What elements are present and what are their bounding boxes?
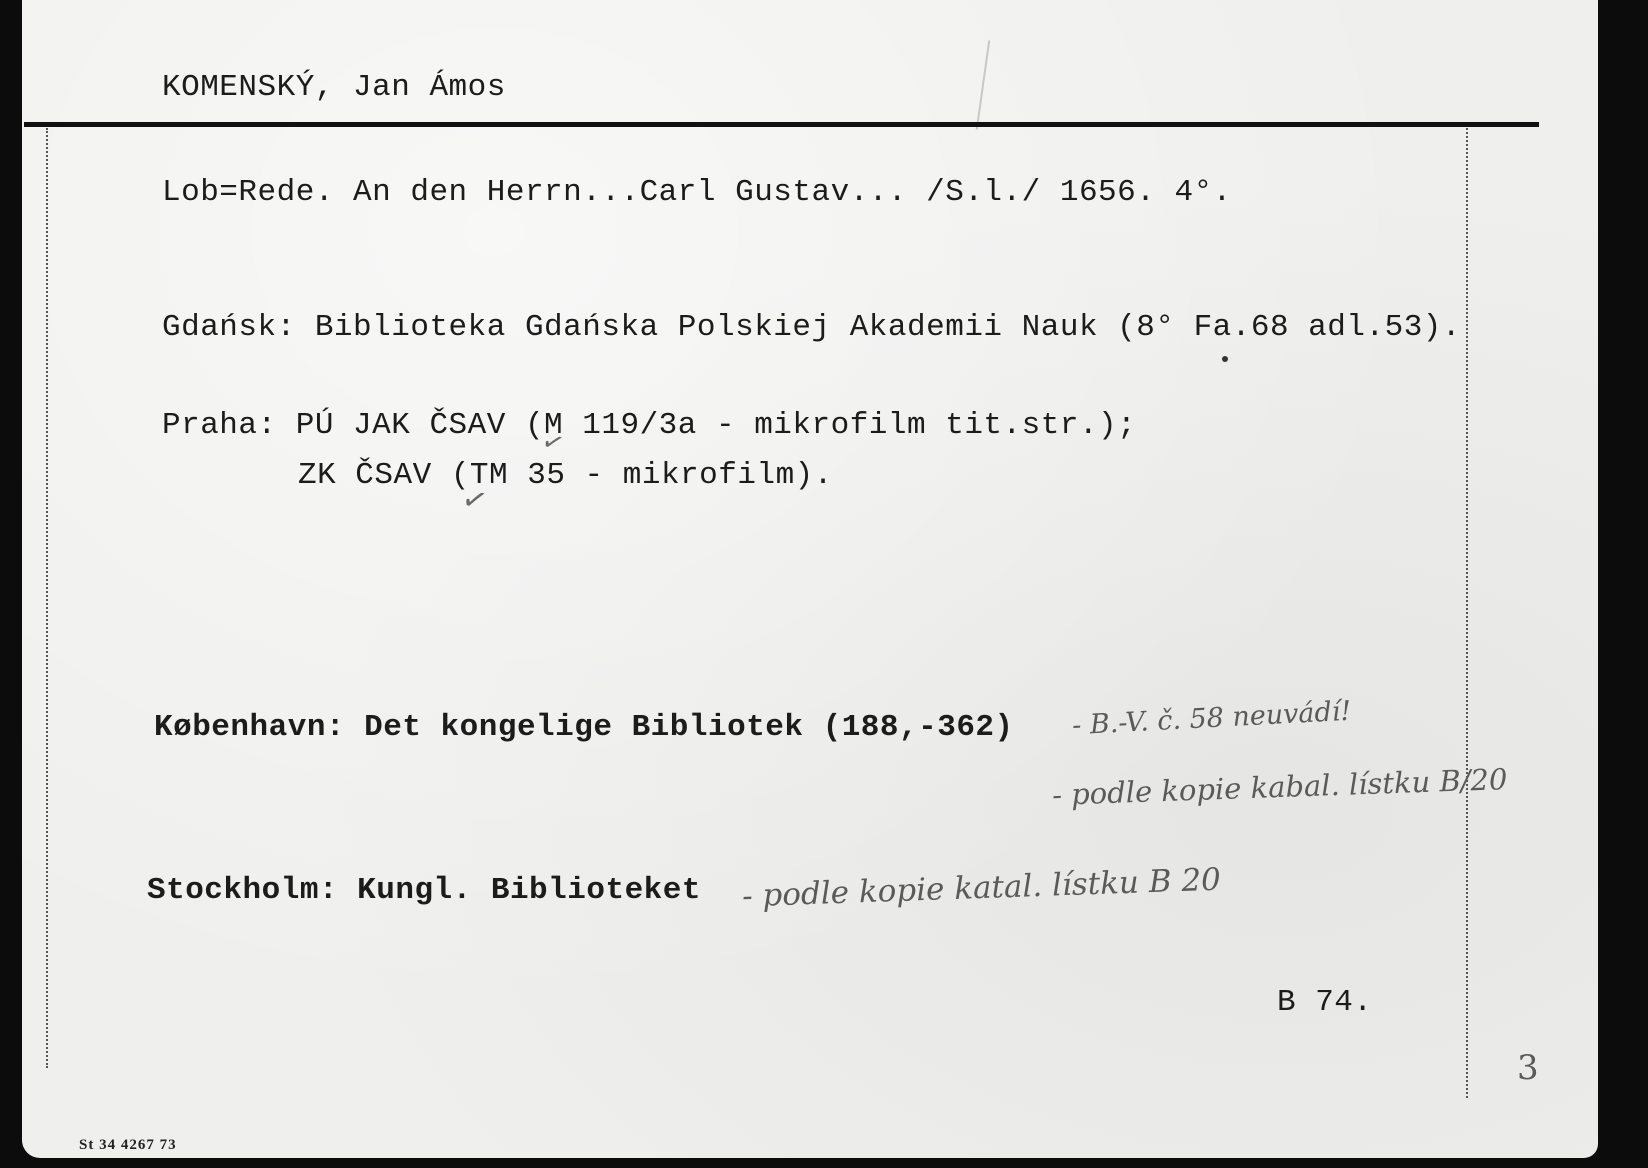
handwritten-note-stockholm: - podle kopie katal. lístku B 20: [742, 862, 1222, 915]
pencil-stroke: [976, 40, 991, 129]
handwritten-note-kobenhavn-1: - B.-V. č. 58 neuvádí!: [1071, 696, 1352, 742]
title-entry: Lob=Rede. An den Herrn...Carl Gustav... …: [162, 175, 1232, 210]
shelfmark: B 74.: [1277, 985, 1373, 1020]
holding-praha-line-2: ZK ČSAV (TM 35 - mikrofilm).: [298, 458, 833, 493]
heading-rule: [24, 122, 1539, 127]
holding-gdansk: Gdańsk: Biblioteka Gdańska Polskiej Akad…: [162, 310, 1461, 345]
handwritten-note-kobenhavn-2: - podle kopie kabal. lístku B/20: [1052, 762, 1508, 812]
right-margin-line: [1466, 128, 1468, 1098]
ink-dot: [1222, 356, 1228, 362]
author-heading: KOMENSKÝ, Jan Ámos: [162, 70, 506, 105]
handwritten-card-number: 3: [1517, 1048, 1539, 1088]
left-margin-line: [46, 128, 48, 1068]
printer-mark: St 34 4267 73: [79, 1137, 177, 1154]
holding-stockholm: Stockholm: Kungl. Biblioteket: [147, 873, 701, 908]
catalog-card: KOMENSKÝ, Jan Ámos Lob=Rede. An den Herr…: [22, 0, 1598, 1158]
holding-kobenhavn: København: Det kongelige Bibliotek (188,…: [154, 710, 1014, 745]
holding-praha-line-1: Praha: PÚ JAK ČSAV (M 119/3a - mikrofilm…: [162, 408, 1136, 443]
